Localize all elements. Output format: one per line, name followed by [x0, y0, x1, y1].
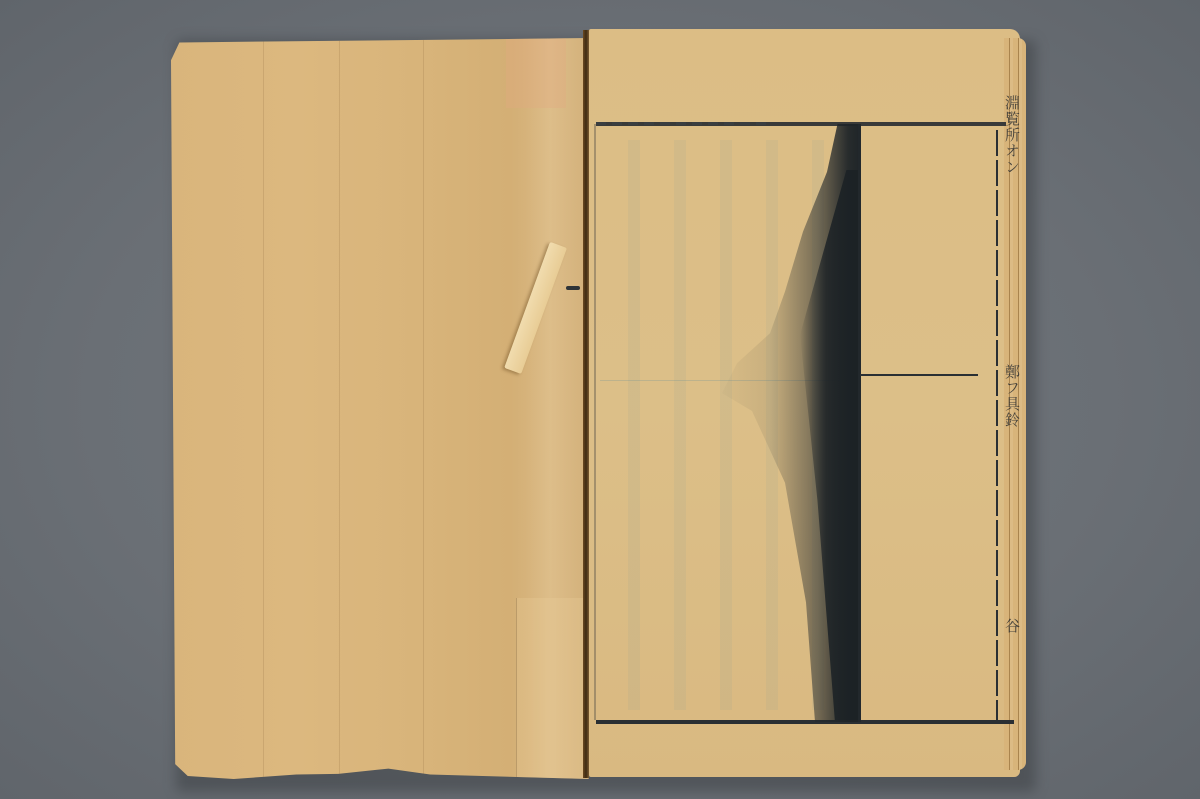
frame-left-border: [594, 124, 596, 720]
margin-chapter-text: 鄭フ具鈴: [1003, 364, 1021, 428]
margin-title-text: 淵覧所オン: [1003, 95, 1021, 175]
frame-top-border-faded: [596, 122, 766, 125]
frame-inner-divider: [858, 124, 861, 722]
binding-thread: [566, 286, 580, 290]
folded-corner: [516, 598, 590, 779]
left-flyleaf: [171, 38, 589, 779]
frame-bottom-border: [596, 720, 1014, 724]
margin-page-text: 谷: [1003, 618, 1021, 634]
paper-fold-line: [423, 38, 424, 779]
horizontal-rule: [860, 374, 978, 376]
paper-stain: [506, 38, 566, 108]
paper-fold-line: [263, 38, 264, 779]
margin-column-rule: [996, 130, 998, 720]
paper-fold-line: [339, 38, 340, 779]
